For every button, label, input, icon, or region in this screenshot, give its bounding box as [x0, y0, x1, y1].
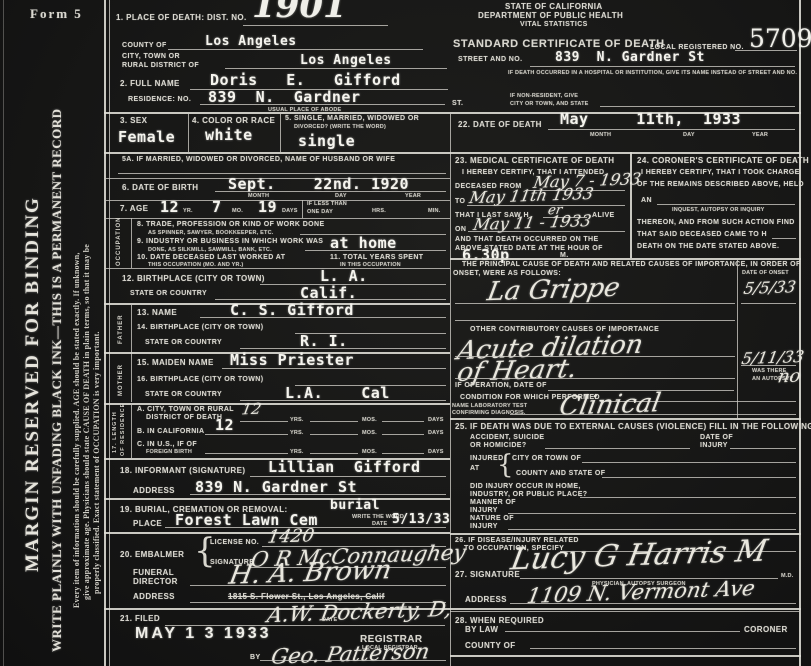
sex-value: Female [118, 128, 175, 146]
residence17-a-label-2: DISTRICT OF DEATH [146, 414, 222, 421]
external-manner-label-1: MANNER OF [470, 499, 516, 506]
color-race-value: white [205, 126, 253, 144]
external-nature-label-1: NATURE OF [470, 515, 514, 522]
underline [222, 368, 446, 369]
mother-side-label: MOTHER [118, 364, 124, 396]
residence-label: RESIDENCE: NO. [128, 96, 191, 103]
underline [455, 378, 735, 379]
coroner-line-3: THEREON, AND FROM SUCH ACTION FIND [637, 219, 795, 226]
deputy-signature: Geo. Patterson [269, 639, 431, 666]
underline [205, 434, 288, 435]
age-hrs-label: HRS. [372, 208, 386, 214]
underline [200, 104, 445, 105]
lab-test-label-2: CONFIRMING DIAGNOSIS. [452, 410, 526, 416]
street-label: STREET AND NO. [458, 56, 522, 63]
external-occur-label-2: INDUSTRY, OR PUBLIC PLACE? [470, 491, 587, 498]
underline [545, 448, 690, 449]
birthplace-label: 12. BIRTHPLACE (CITY OR TOWN) [122, 274, 265, 283]
place-of-death-label: 1. PLACE OF DEATH: DIST. NO. [116, 13, 247, 22]
form-number: Form 5 [30, 6, 83, 22]
full-name-label: 2. FULL NAME [120, 79, 180, 88]
coroner-line-5: DEATH ON THE DATE STATED ABOVE. [637, 243, 779, 250]
margin-note-1: Every item of information should be care… [72, 252, 81, 608]
residence17-a-value: 12 [240, 400, 262, 419]
occupation-9-label-1: 9. INDUSTRY OR BUSINESS IN WHICH WORK WA… [137, 238, 323, 245]
medical-alive-label: ALIVE [592, 212, 615, 219]
coroner-line-1: I HEREBY CERTIFY, THAT I TOOK CHARGE [641, 169, 800, 176]
underline [310, 421, 358, 422]
burial-date-value: 5/13/33 [392, 512, 450, 527]
medical-title: 23. MEDICAL CERTIFICATE OF DEATH [455, 156, 614, 165]
date-of-death-value: May 11th, 1933 [560, 110, 741, 128]
autopsy-value: no [776, 366, 802, 388]
rule-line [104, 403, 450, 405]
underline [310, 434, 358, 435]
birthplace-state-label: STATE OR COUNTRY [130, 290, 207, 297]
residence17-a-mos: MOS. [362, 417, 377, 423]
underline [240, 400, 446, 401]
coroner-line-2: OF THE REMAINS DESCRIBED ABOVE, HELD [637, 181, 804, 188]
age-less-label-2: ONE DAY [307, 209, 333, 215]
county-value: Los Angeles [205, 34, 297, 49]
marital-label-1: 5. SINGLE, MARRIED, WIDOWED OR [285, 115, 419, 122]
lab-test-value: Clinical [557, 388, 663, 421]
external-occur-label-1: DID INJURY OCCUR IN HOME, [470, 483, 581, 490]
rule-line [450, 608, 801, 610]
law-label-1: 28. WHEN REQUIRED [455, 616, 544, 625]
occupation-8-label-2: AS SPINNER, SAWYER, BOOKKEEPER, ETC. [148, 230, 273, 236]
medical-to-label: TO [455, 198, 465, 205]
death-month-label: MONTH [590, 132, 611, 138]
city-label-2: RURAL DISTRICT OF [122, 62, 199, 69]
city-label-1: CITY, TOWN OR [122, 53, 180, 60]
age-min-label: MIN. [428, 208, 440, 214]
medical-to-value: May 11th 1933 [468, 184, 595, 207]
underline [215, 191, 446, 192]
residence17-a-label-1: A. CITY, TOWN OR RURAL [137, 406, 234, 413]
embalmer-license-label: LICENSE NO. [210, 539, 259, 546]
sex-label: 3. SEX [120, 116, 147, 125]
md-label: M.D. [781, 573, 793, 579]
underline [240, 348, 446, 349]
rule-line [450, 258, 801, 260]
occupation-10-label-1: 10. DATE DECEASED LAST WORKED AT [137, 254, 285, 261]
occupation-8-label-1: 8. TRADE, PROFESSION OR KIND OF WORK DON… [137, 221, 325, 228]
physician-signature-label: 27. SIGNATURE [455, 570, 520, 579]
age-mo-label: MO. [232, 208, 243, 214]
certificate-number: 5709 [749, 24, 811, 53]
underline [310, 453, 358, 454]
burial-place-label: PLACE [133, 519, 162, 528]
embalmer-license-value: 1420 [266, 525, 316, 548]
residence17-a-days: DAYS [428, 417, 444, 423]
burial-value: burial [330, 498, 380, 513]
page-edge-line [3, 0, 4, 666]
underline [600, 106, 795, 107]
residence17-c-label-1: C. IN U.S., IF OF [137, 441, 197, 448]
underline [168, 49, 423, 50]
underline [455, 320, 735, 321]
underline [190, 494, 446, 495]
occupation-side-label: OCCUPATION [116, 217, 122, 266]
operation-label: IF OPERATION, DATE OF [455, 382, 547, 389]
external-city-label: CITY OR TOWN OF [512, 455, 581, 462]
nonresident-note-2: CITY OR TOWN, AND STATE [510, 101, 589, 107]
coroner-inquest-note: INQUEST, AUTOPSY OR INQUIRY [672, 207, 765, 213]
residence17-b-mos: MOS. [362, 430, 377, 436]
mother-state-label: STATE OR COUNTRY [145, 391, 222, 398]
father-state-label: STATE OR COUNTRY [145, 339, 222, 346]
occupation-9-label-2: DONE, AS SILKMILL, SAWMILL, BANK, ETC. [148, 247, 272, 253]
father-name-label: 13. NAME [137, 308, 177, 317]
header-vital-statistics: VITAL STATISTICS [520, 21, 588, 28]
underline [200, 317, 446, 318]
form-left-border-outer [104, 0, 106, 666]
form-left-border-inner [109, 0, 110, 666]
informant-address-label: ADDRESS [133, 486, 175, 495]
residence17-a-yrs: YRS. [290, 417, 304, 423]
underline [730, 448, 796, 449]
margin-note-3: properly classified. Exact statement of … [92, 331, 101, 594]
death-certificate-scan: Form 5 MARGIN RESERVED FOR BINDING WRITE… [0, 0, 811, 666]
death-day-label: DAY [683, 132, 695, 138]
external-accident-label-2: OR HOMICIDE? [470, 442, 527, 449]
city-value: Los Angeles [300, 53, 392, 68]
external-nature-label-2: INJURY [470, 523, 498, 530]
underline [468, 231, 625, 232]
age-months-value: 7 [212, 198, 222, 216]
underline [382, 453, 424, 454]
law-coroner-label: CORONER [744, 625, 788, 634]
cause-intro-1: THE PRINCIPAL CAUSE OF DEATH AND RELATED… [462, 261, 801, 268]
registrar-signature: A.W. Dockerty, D, [265, 597, 454, 627]
underline [772, 238, 796, 239]
underline [505, 631, 740, 632]
external-injury-date-label-2: INJURY [700, 442, 728, 449]
nonresident-note-1: IF NON-RESIDENT, GIVE [510, 93, 578, 99]
form-right-border [799, 0, 801, 666]
dob-label: 6. DATE OF BIRTH [122, 183, 198, 192]
informant-value: Lillian Gifford [268, 458, 421, 476]
residence17-b-yrs: YRS. [290, 430, 304, 436]
street-value: 839 N. Gardner St [555, 50, 705, 65]
underline [510, 414, 796, 415]
external-county-label: COUNTY AND STATE OF [516, 470, 605, 477]
rule-line [188, 112, 189, 152]
county-label: COUNTY OF [122, 42, 167, 49]
header-department: DEPARTMENT OF PUBLIC HEALTH [478, 11, 623, 20]
underline [530, 648, 796, 649]
age-years-value: 12 [160, 198, 179, 216]
father-side-label: FATHER [118, 314, 124, 344]
filed-date-note: DATE [322, 617, 337, 623]
principal-cause-onset-date: 5/5/33 [742, 277, 797, 298]
rule-line [104, 268, 450, 269]
underline [215, 299, 446, 300]
occupation-11-label-1: 11. TOTAL YEARS SPENT [330, 254, 423, 261]
underline [741, 303, 796, 304]
underline [225, 68, 447, 69]
filed-label: 21. FILED [120, 614, 160, 623]
underline [240, 421, 288, 422]
filed-date-stamp: MAY 1 3 1933 [135, 625, 272, 643]
margin-note-2: give approximate age. Physicians should … [82, 244, 91, 600]
rule-line [280, 112, 281, 152]
underline [582, 462, 796, 463]
age-days-value: 19 [258, 198, 277, 216]
underline [508, 529, 796, 530]
rule-line [450, 655, 801, 657]
physician-address-label: ADDRESS [465, 595, 507, 604]
dob-day-label: DAY [335, 193, 347, 199]
mother-birthplace-label: 16. BIRTHPLACE (CITY OR TOWN) [137, 376, 263, 383]
lab-test-label-1: NAME LABORATORY TEST [452, 403, 527, 409]
underline [455, 303, 735, 304]
age-less-label-1: IF LESS THAN [307, 201, 347, 207]
date-of-death-label: 22. DATE OF DEATH [458, 120, 542, 129]
underline [657, 204, 795, 205]
margin-permanent-text: WRITE PLAINLY WITH UNFADING BLACK INK—TH… [49, 108, 65, 652]
file-number-stamp: 1901 [252, 0, 347, 26]
law-label-2: BY LAW [465, 625, 498, 634]
header-state: STATE OF CALIFORNIA [505, 2, 603, 11]
color-race-label: 4. COLOR OR RACE [192, 116, 275, 125]
father-birthplace-label: 14. BIRTHPLACE (CITY OR TOWN) [137, 324, 263, 331]
residence17-c-yrs: YRS. [290, 449, 304, 455]
underline [530, 66, 795, 67]
coroner-title: 24. CORONER'S CERTIFICATE OF DEATH [637, 156, 809, 165]
rule-line [104, 152, 801, 154]
full-name-value: Doris E. Gifford [210, 71, 401, 89]
underline [602, 477, 796, 478]
residence17-c-days: DAYS [428, 449, 444, 455]
external-title: 25. IF DEATH WAS DUE TO EXTERNAL CAUSES … [455, 422, 811, 431]
hospital-note: IF DEATH OCCURRED IN A HOSPITAL OR INSTI… [508, 70, 797, 76]
rule-line [630, 152, 632, 258]
age-days-label: DAYS [282, 208, 298, 214]
medical-on-label: ON [455, 226, 466, 233]
margin-binding-text: MARGIN RESERVED FOR BINDING [22, 196, 44, 572]
dob-year-label: YEAR [405, 193, 421, 199]
underline [580, 497, 796, 498]
rule-line [737, 258, 738, 418]
underline [305, 250, 446, 251]
funeral-director-label-1: FUNERAL [133, 568, 174, 577]
medical-line-2a: AND THAT DEATH OCCURRED ON THE [455, 236, 599, 243]
law-county-label: COUNTY OF [465, 641, 516, 650]
embalmer-label: 20. EMBALMER [120, 550, 184, 559]
column-divider [450, 112, 451, 666]
age-yr-label: YR. [183, 208, 193, 214]
funeral-director-label-2: DIRECTOR [133, 577, 178, 586]
underline [467, 205, 625, 206]
rule-line [450, 611, 801, 612]
rule-line [131, 218, 132, 268]
external-accident-label-1: ACCIDENT, SUICIDE [470, 434, 544, 441]
external-injured-label-2: AT [470, 465, 480, 472]
certificate-title: STANDARD CERTIFICATE OF DEATH [453, 38, 665, 50]
external-injury-date-label-1: DATE OF [700, 434, 733, 441]
mother-maiden-value: Miss Priester [230, 351, 354, 369]
underline [243, 25, 388, 26]
rule-line [104, 498, 450, 500]
birthplace-value: L. A. [320, 267, 368, 285]
residence17-c-label-2: FOREIGN BIRTH [146, 449, 192, 455]
residence17-side-label-2: OF RESIDENCE [120, 403, 126, 456]
rule-line [104, 218, 450, 219]
filed-by-label: BY [250, 654, 261, 661]
underline [260, 660, 446, 661]
residence17-b-label: B. IN CALIFORNIA [137, 428, 204, 435]
external-manner-label-2: INJURY [470, 507, 498, 514]
underline [510, 603, 796, 604]
age-label: 7. AGE [120, 204, 148, 213]
residence17-c-mos: MOS. [362, 449, 377, 455]
marital-label-2: DIVORCED? (WRITE THE WORD) [294, 124, 386, 130]
spouse-label: 5A. IF MARRIED, WIDOWED OR DIVORCED, NAM… [122, 156, 395, 163]
residence17-b-value: 12 [215, 416, 234, 434]
underline [548, 129, 795, 130]
marital-value: single [298, 132, 355, 150]
residence17-b-days: DAYS [428, 430, 444, 436]
underline [382, 421, 424, 422]
embalmer-address-label: ADDRESS [133, 592, 175, 601]
underline [735, 50, 797, 51]
st-label: ST. [452, 100, 463, 107]
rule-line [131, 403, 132, 458]
residence17-side-label-1: 17. LENGTH [112, 411, 118, 453]
death-year-label: YEAR [752, 132, 768, 138]
date-of-onset-label: DATE OF ONSET [742, 270, 789, 276]
underline [118, 173, 446, 174]
underline [382, 434, 424, 435]
underline [190, 585, 446, 586]
rule-line [302, 200, 303, 218]
underline [508, 513, 796, 514]
rule-line [450, 418, 801, 420]
underline [250, 476, 446, 477]
informant-label: 18. INFORMANT (SIGNATURE) [120, 466, 245, 475]
underline [205, 453, 288, 454]
coroner-line-4: THAT SAID DECEASED CAME TO H [637, 231, 767, 238]
coroner-an-label: AN [641, 197, 652, 204]
mother-maiden-label: 15. MAIDEN NAME [137, 358, 214, 367]
